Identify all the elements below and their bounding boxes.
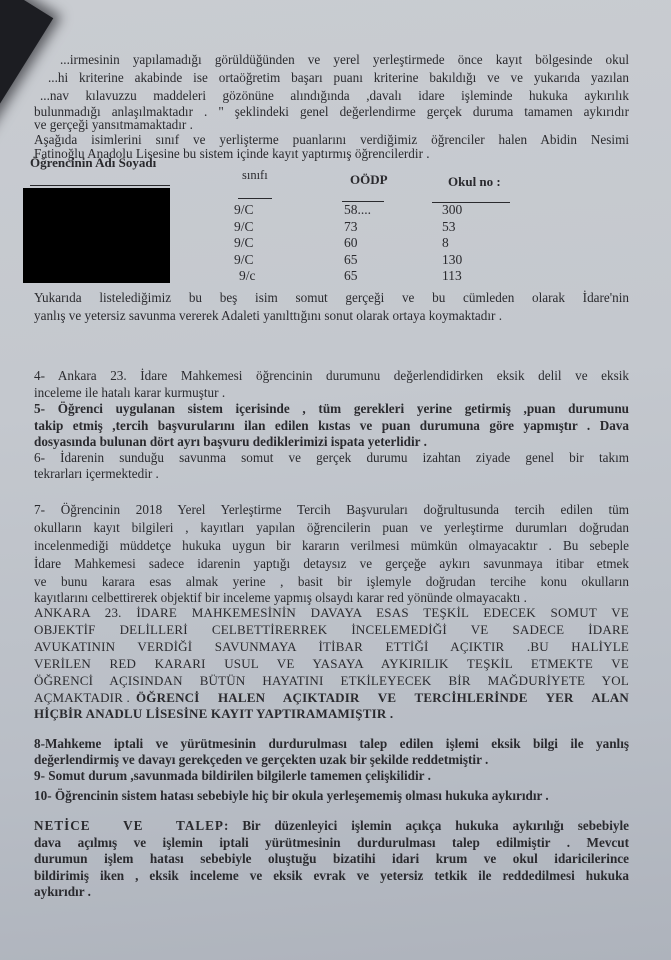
caps-line: VERİLEN RED KARARI USUL VE YASAYA AYKIRI… <box>34 656 629 672</box>
conclusion-line: durumun işlem hatası sebebiyle oluştuğu … <box>34 851 629 867</box>
table-cell-score: 65 <box>344 252 358 268</box>
table-cell-score: 65 <box>344 268 358 284</box>
table-cell-school-no: 300 <box>442 202 462 218</box>
class-underline <box>238 198 272 199</box>
item-5-line: 5- Öğrenci uygulanan sistem içerisinde ,… <box>34 401 629 417</box>
caps-line: OBJEKTİF DELİLLERİ CELBETTİRERREK İNCELE… <box>34 622 629 638</box>
item-5-line: dosyasında bulunan dört ayrı başvuru ded… <box>34 434 629 450</box>
caps-normal-text: AÇMAKTADIR . <box>34 690 130 706</box>
conclusion-first-text: : Bir düzenleyici işlemin açıkça hukuka … <box>224 818 629 834</box>
table-cell-school-no: 53 <box>442 219 456 235</box>
table-cell-class: 9/C <box>234 202 254 218</box>
conclusion-line: aykırıdır . <box>34 884 629 900</box>
table-cell-school-no: 8 <box>442 235 449 251</box>
table-header-score: OÖDP <box>350 172 388 188</box>
table-header-name: Öğrencinin Adı Soyadı <box>30 155 156 171</box>
item-8-line: 8-Mahkeme iptali ve yürütmesinin durduru… <box>34 736 629 752</box>
redacted-names-box <box>23 188 170 283</box>
item-9: 9- Somut durum ,savunmada bildirilen bil… <box>34 768 629 784</box>
table-cell-class: 9/C <box>234 219 254 235</box>
table-cell-school-no: 130 <box>442 252 462 268</box>
conclusion-first-line: NETİCE VE TALEP : Bir düzenleyici işlemi… <box>34 818 629 834</box>
item-7-line: kayıtlarını celbettirerek objektif bir i… <box>34 590 629 606</box>
item-4-line: 4- Ankara 23. İdare Mahkemesi öğrencinin… <box>34 368 629 384</box>
table-cell-school-no: 113 <box>442 268 462 284</box>
paragraph-line: yanlış ve yetersiz savunma vererek Adale… <box>34 308 629 324</box>
item-7-line: İdare Mahkemesi sadece idarenin yaptığı … <box>34 556 629 572</box>
document-page: ...irmesinin yapılamadığı görüldüğünden … <box>0 0 671 960</box>
table-cell-score: 58.... <box>344 202 371 218</box>
paragraph-line: Yukarıda listelediğimiz bu beş isim somu… <box>34 290 629 306</box>
caps-line: ÖĞRENCİ AÇISINDAN BÜTÜN HAYATINI ETKİLEY… <box>34 673 629 689</box>
intro-line: ...irmesinin yapılamadığı görüldüğünden … <box>60 52 629 68</box>
conclusion-line: dava açılmış ve işlemin iptali yürütmesi… <box>34 835 629 851</box>
caps-line-mixed: AÇMAKTADIR . ÖĞRENCİ HALEN AÇIKTADIR VE … <box>34 690 629 706</box>
item-6-line: tekrarları içermektedir . <box>34 466 629 482</box>
table-cell-class: 9/C <box>234 252 254 268</box>
item-7-line: incelenmediği müddetçe hukuka uygun bir … <box>34 538 629 554</box>
table-cell-score: 60 <box>344 235 358 251</box>
caps-bold-text: ÖĞRENCİ HALEN AÇIKTADIR VE TERCİHLERİNDE… <box>136 690 629 706</box>
intro-line: ...hi kriterine akabinde ise ortaöğretim… <box>48 70 629 86</box>
intro-line: ve gerçeği yansıtmamaktadır . <box>34 117 629 133</box>
table-cell-score: 73 <box>344 219 358 235</box>
intro-line: ...nav kılavuzzu maddeleri gözönüne alın… <box>40 88 629 104</box>
item-7-line: okulların kayıt bilgileri , kayıtları ya… <box>34 520 629 536</box>
item-10: 10- Öğrencinin sistem hatası sebebiyle h… <box>34 788 629 804</box>
item-6-line: 6- İdarenin sunduğu savunma somut ve ger… <box>34 450 629 466</box>
caps-final-bold: HİÇBİR ANADLU LİSESİNE KAYIT YAPTIRAMAMI… <box>34 706 629 722</box>
item-8-line: değerlendirmiş ve davayı gerekçeden ve g… <box>34 752 629 768</box>
caps-line: ANKARA 23. İDARE MAHKEMESİNİN DAVAYA ESA… <box>34 605 629 621</box>
table-cell-class: 9/c <box>239 268 256 284</box>
name-underline <box>30 185 170 186</box>
conclusion-heading: NETİCE VE TALEP <box>34 818 224 834</box>
item-7-line: ve bunu karara esas almak yerine , basit… <box>34 574 629 590</box>
item-5-line: takip etmiş ,tercih başvurularını ilan e… <box>34 418 629 434</box>
caps-line: AVUKATININ VERDİĞİ SAVUNMAYA İTİBAR ETTİ… <box>34 639 629 655</box>
table-cell-class: 9/C <box>234 235 254 251</box>
item-7-line: 7- Öğrencinin 2018 Yerel Yerleştirme Ter… <box>34 502 629 518</box>
item-4-line: inceleme ile hatalı karar kurmuştur . <box>34 385 629 401</box>
table-header-school-no: Okul no : <box>448 174 501 190</box>
conclusion-line: bildirimiş iken , eksik inceleme ve eksi… <box>34 868 629 884</box>
table-header-class: sınıfı <box>242 168 268 183</box>
